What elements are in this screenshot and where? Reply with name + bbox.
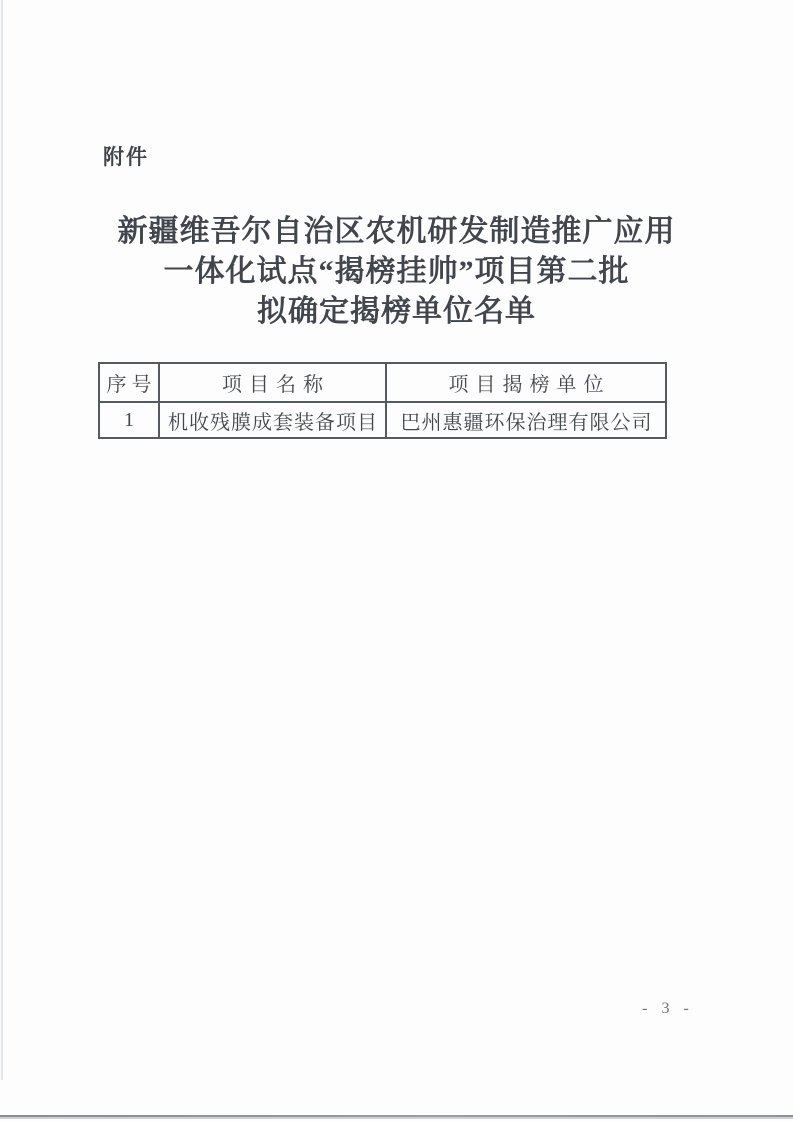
document-title-line-3: 拟确定揭榜单位名单 xyxy=(0,292,793,332)
cell-project-name: 机收残膜成套装备项目 xyxy=(159,402,386,438)
document-title-line-2: 一体化试点“揭榜挂帅”项目第二批 xyxy=(0,252,793,292)
header-sequence-number: 序号 xyxy=(99,363,159,402)
scan-artifact-bottom-edge-light xyxy=(0,1117,793,1119)
document-title: 新疆维吾尔自治区农机研发制造推广应用 一体化试点“揭榜挂帅”项目第二批 拟确定揭… xyxy=(0,212,793,332)
scan-artifact-left-edge xyxy=(1,0,3,1080)
cell-sequence-number: 1 xyxy=(99,402,159,438)
header-awarded-unit: 项目揭榜单位 xyxy=(386,363,666,402)
attachment-label: 附件 xyxy=(103,141,149,171)
page-number: - 3 - xyxy=(628,1000,708,1018)
table-header-row: 序号 项目名称 项目揭榜单位 xyxy=(99,363,666,402)
awarded-units-table: 序号 项目名称 项目揭榜单位 1 机收残膜成套装备项目 巴州惠疆环保治理有限公司 xyxy=(98,362,667,439)
header-project-name: 项目名称 xyxy=(159,363,386,402)
cell-awarded-unit: 巴州惠疆环保治理有限公司 xyxy=(386,402,666,438)
scanned-document-page: 附件 新疆维吾尔自治区农机研发制造推广应用 一体化试点“揭榜挂帅”项目第二批 拟… xyxy=(0,0,793,1122)
document-title-line-1: 新疆维吾尔自治区农机研发制造推广应用 xyxy=(0,212,793,252)
table-row: 1 机收残膜成套装备项目 巴州惠疆环保治理有限公司 xyxy=(99,402,666,438)
